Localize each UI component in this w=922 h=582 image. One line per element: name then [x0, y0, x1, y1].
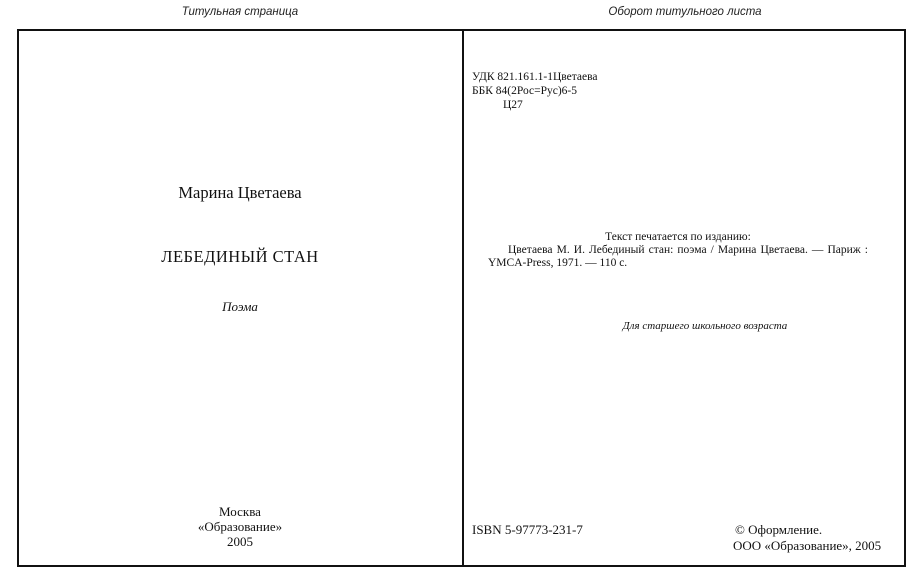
classification-codes: УДК 821.161.1-1Цветаева ББК 84(2Рос=Рус)… — [472, 70, 597, 112]
publisher-imprint: Москва «Образование» 2005 — [18, 504, 462, 549]
imprint-city: Москва — [18, 504, 462, 519]
source-citation: Цветаева М. И. Лебединый стан: поэма / М… — [488, 244, 868, 270]
imprint-publisher: «Образование» — [18, 519, 462, 534]
copyright-line-1: © Оформление. — [733, 522, 881, 538]
copyright-line-2: ООО «Образование», 2005 — [733, 538, 881, 554]
bbk-code: ББК 84(2Рос=Рус)6-5 — [472, 84, 597, 98]
isbn: ISBN 5-97773-231-7 — [472, 522, 583, 538]
source-edition: Текст печатается по изданию: Цветаева М.… — [488, 231, 868, 270]
copyright-notice: © Оформление. ООО «Образование», 2005 — [733, 522, 881, 554]
caption-title-verso: Оборот титульного листа — [464, 6, 906, 18]
page-divider — [462, 29, 464, 567]
source-heading: Текст печатается по изданию: — [488, 231, 868, 244]
age-rating-note: Для старшего школьного возраста — [464, 320, 906, 332]
imprint-year: 2005 — [18, 534, 462, 549]
book-title: ЛЕБЕДИНЫЙ СТАН — [18, 247, 462, 267]
caption-title-page: Титульная страница — [18, 6, 462, 18]
book-author: Марина Цветаева — [18, 183, 462, 203]
author-mark: Ц27 — [472, 98, 597, 112]
udk-code: УДК 821.161.1-1Цветаева — [472, 70, 597, 84]
book-genre: Поэма — [18, 299, 462, 315]
